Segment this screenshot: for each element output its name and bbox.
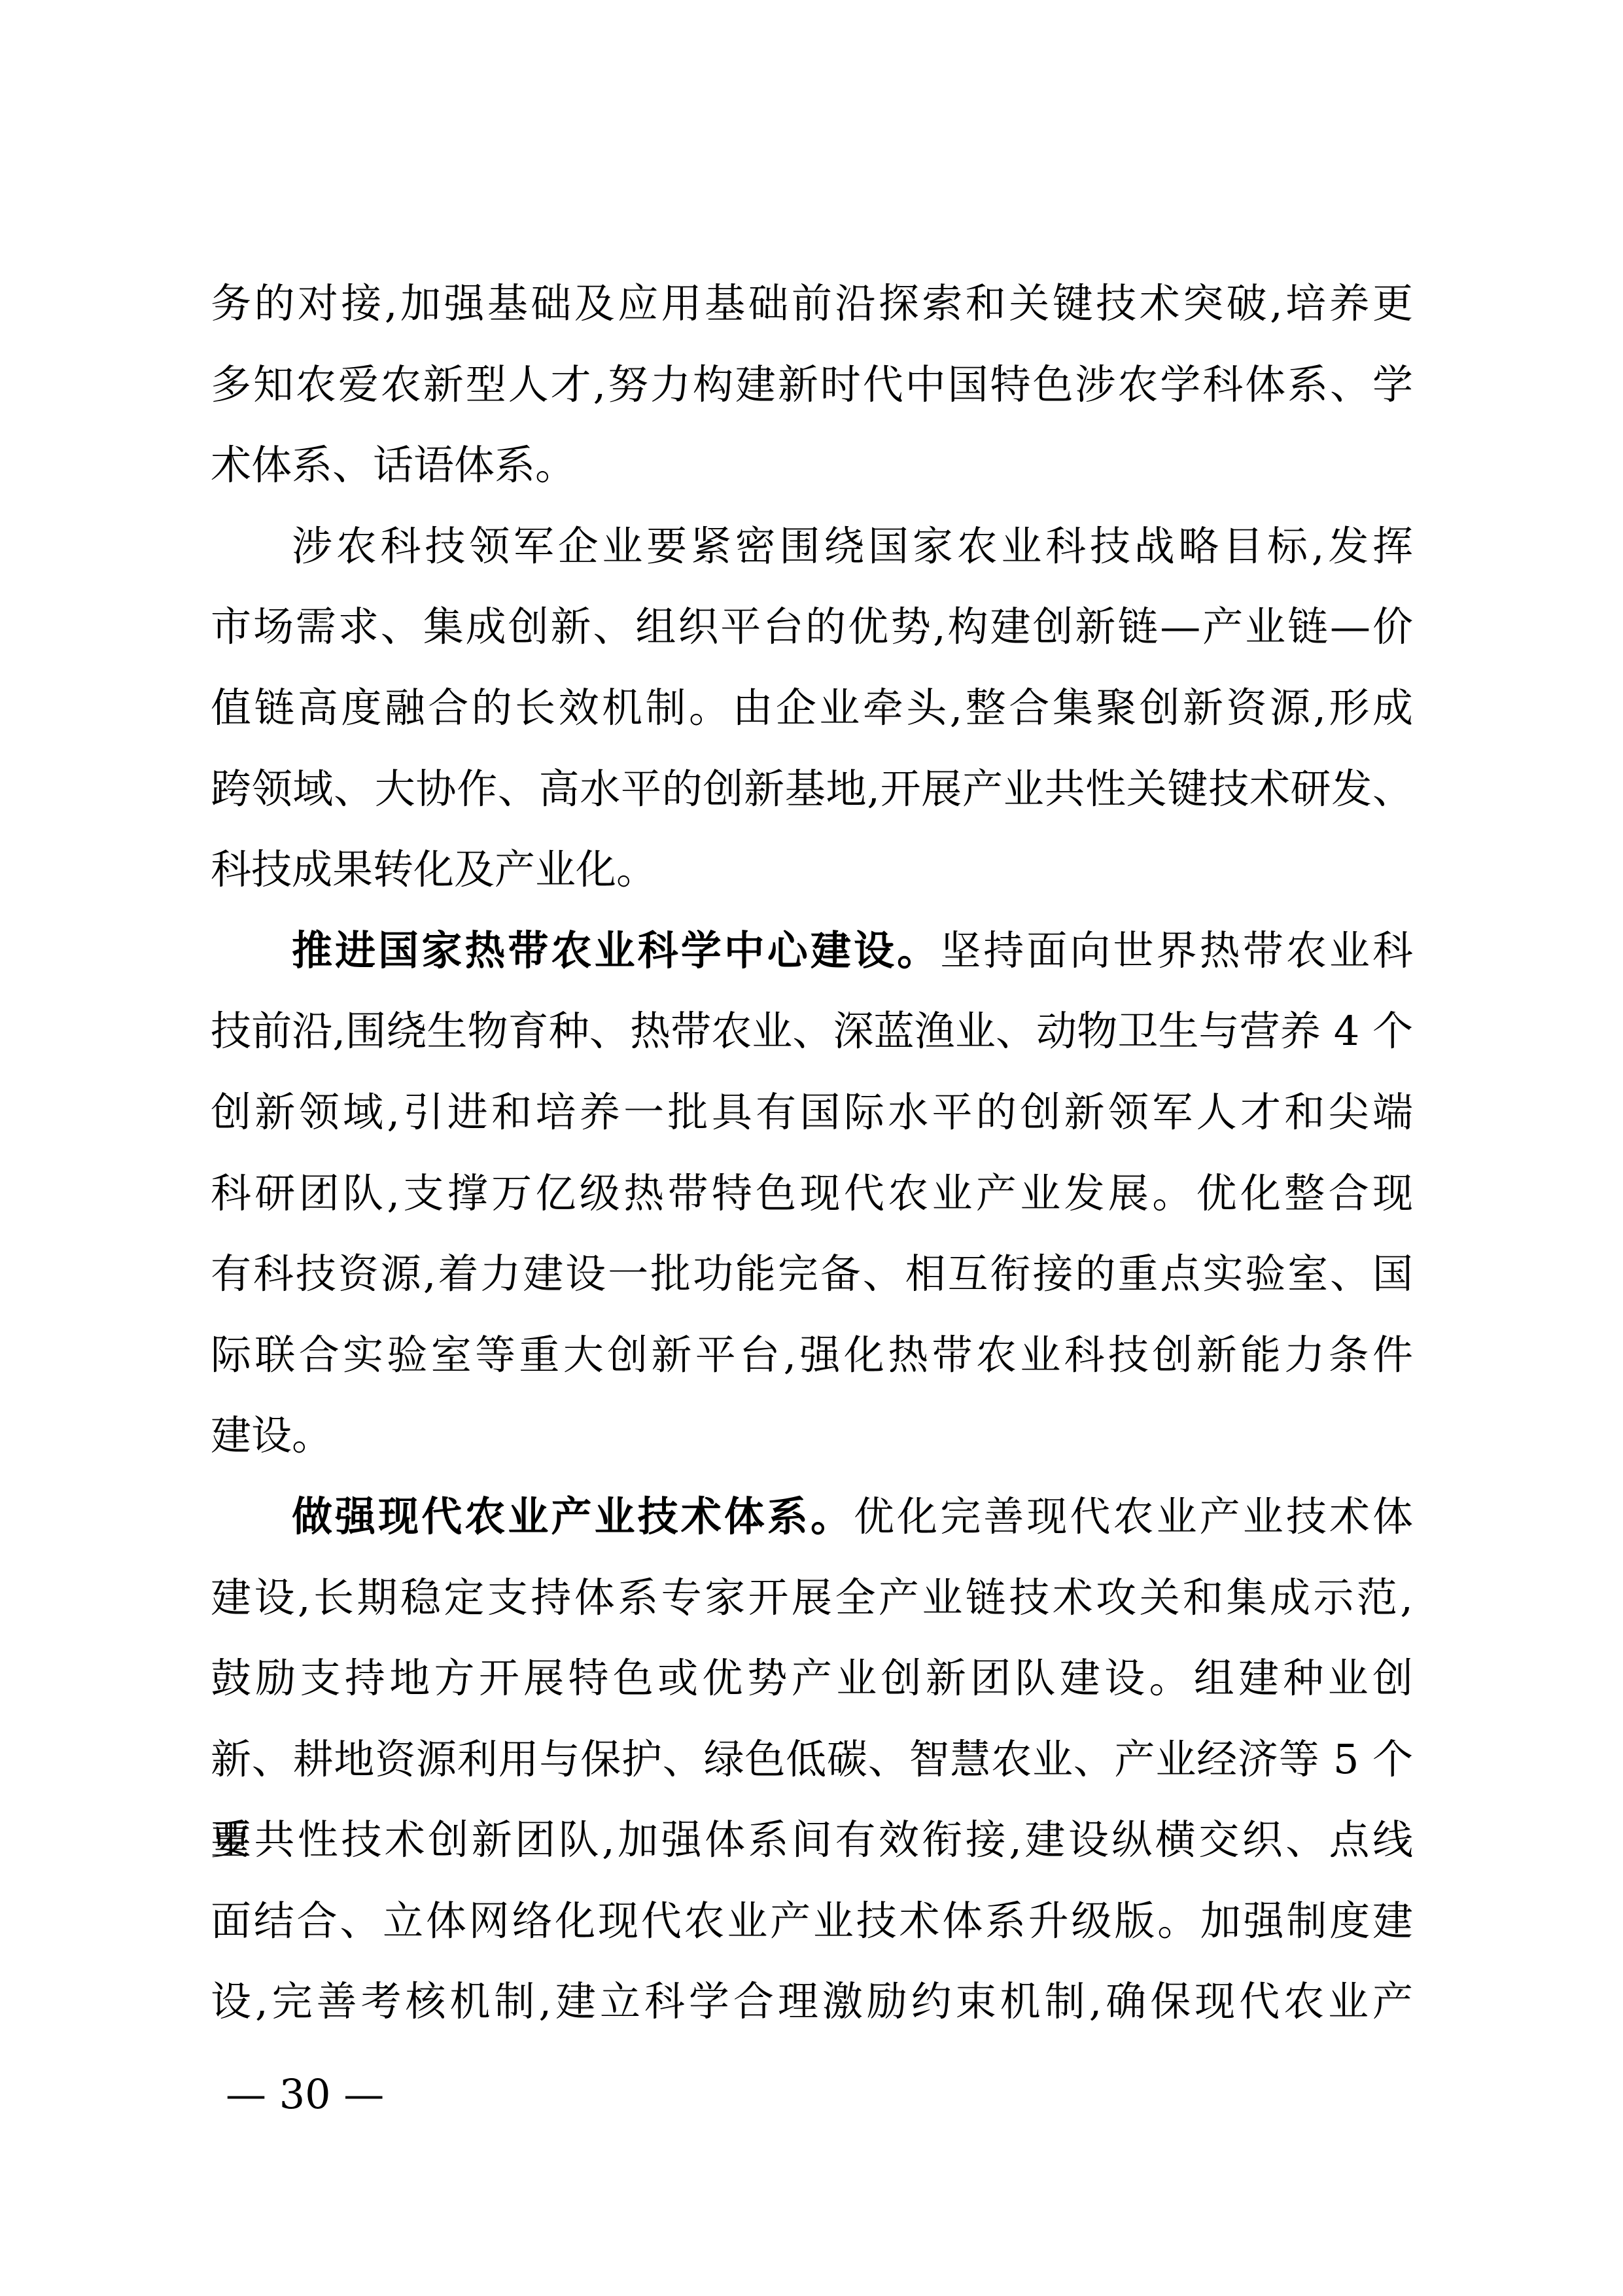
text-line: 科研团队,支撑万亿级热带特色现代农业产业发展。优化整合现 — [211, 1153, 1413, 1234]
text-line: 有科技资源,着力建设一批功能完备、相互衔接的重点实验室、国 — [211, 1233, 1413, 1315]
section-heading-tropical-agri-science-center: 推进国家热带农业科学中心建设。 — [292, 927, 940, 974]
text-line: 技前沿,围绕生物育种、热带农业、深蓝渔业、动物卫生与营养 4 个 — [211, 991, 1413, 1072]
document-body-text: 务的对接,加强基础及应用基础前沿探索和关键技术突破,培养更 多知农爱农新型人才,… — [211, 263, 1413, 2042]
document-page: 务的对接,加强基础及应用基础前沿探索和关键技术突破,培养更 多知农爱农新型人才,… — [0, 0, 1623, 2296]
text-line: 鼓励支持地方开展特色或优势产业创新团队建设。组建种业创 — [211, 1638, 1413, 1719]
text-run: 坚持面向世界热带农业科 — [940, 927, 1413, 974]
text-line: 务的对接,加强基础及应用基础前沿探索和关键技术突破,培养更 — [211, 263, 1413, 344]
text-line-paragraph-start: 涉农科技领军企业要紧密围绕国家农业科技战略目标,发挥 — [211, 506, 1413, 587]
text-line: 创新领域,引进和培养一批具有国际水平的创新领军人才和尖端 — [211, 1072, 1413, 1153]
text-line: 多知农爱农新型人才,努力构建新时代中国特色涉农学科体系、学 — [211, 344, 1413, 425]
text-line: 要共性技术创新团队,加强体系间有效衔接,建设纵横交织、点线 — [211, 1799, 1413, 1881]
text-line: 新、耕地资源利用与保护、绿色低碳、智慧农业、产业经济等 5 个重 — [211, 1719, 1413, 1800]
section-heading-modern-agri-industry-tech-system: 做强现代农业产业技术体系。 — [292, 1492, 854, 1540]
text-line: 值链高度融合的长效机制。由企业牵头,整合集聚创新资源,形成 — [211, 667, 1413, 749]
text-line-paragraph-end: 科技成果转化及产业化。 — [211, 829, 1413, 910]
text-line: 跨领域、大协作、高水平的创新基地,开展产业共性关键技术研发、 — [211, 749, 1413, 830]
page-number: — 30 — — [226, 2058, 384, 2130]
text-run: 优化完善现代农业产业技术体 — [854, 1492, 1413, 1540]
text-line-paragraph-end: 建设。 — [211, 1395, 1413, 1476]
text-line: 面结合、立体网络化现代农业产业技术体系升级版。加强制度建 — [211, 1881, 1413, 1962]
text-line-paragraph-start: 推进国家热带农业科学中心建设。坚持面向世界热带农业科 — [211, 910, 1413, 991]
text-line: 建设,长期稳定支持体系专家开展全产业链技术攻关和集成示范, — [211, 1557, 1413, 1638]
text-line: 设,完善考核机制,建立科学合理激励约束机制,确保现代农业产 — [211, 1961, 1413, 2042]
text-line-paragraph-start: 做强现代农业产业技术体系。优化完善现代农业产业技术体 — [211, 1476, 1413, 1557]
text-line: 际联合实验室等重大创新平台,强化热带农业科技创新能力条件 — [211, 1315, 1413, 1396]
text-line-paragraph-end: 术体系、话语体系。 — [211, 425, 1413, 506]
text-line: 市场需求、集成创新、组织平台的优势,构建创新链—产业链—价 — [211, 586, 1413, 667]
